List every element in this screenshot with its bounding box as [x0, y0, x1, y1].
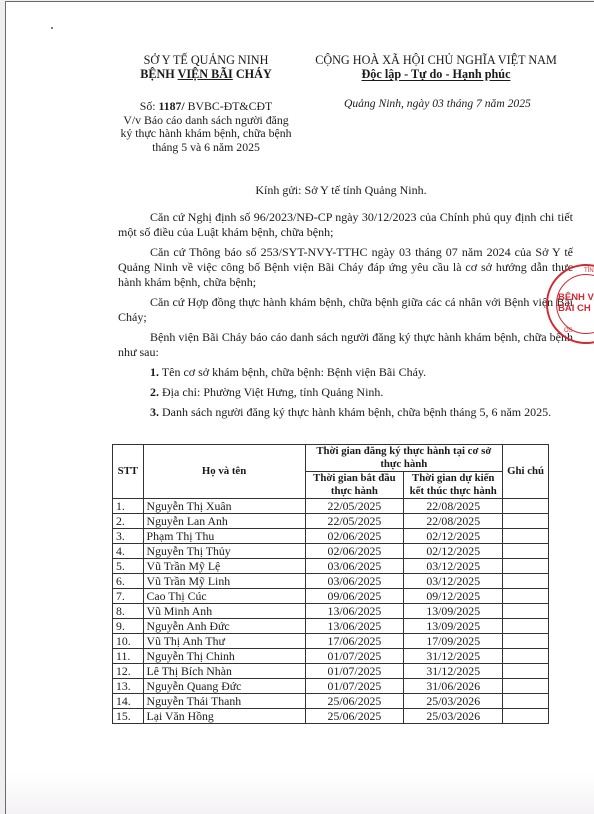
- item-number: 2.: [150, 385, 159, 399]
- item-number: 1.: [150, 365, 159, 379]
- item-text: Địa chỉ: Phường Việt Hưng, tỉnh Quảng Ni…: [159, 385, 383, 399]
- cell-end: 17/09/2025: [404, 634, 503, 649]
- table-row: 6.Vũ Trần Mỹ Linh03/06/202503/12/2025: [113, 574, 549, 589]
- col-header-stt: STT: [113, 445, 144, 499]
- doc-code: BVBC-ĐT&CĐT: [185, 99, 273, 113]
- paragraph-notice: Căn cứ Thông báo số 253/SYT-NVY-TTHC ngà…: [118, 245, 573, 290]
- cell-stt: 2.: [113, 514, 144, 529]
- cell-end: 31/12/2025: [404, 649, 503, 664]
- item-list-title: 3. Danh sách người đăng ký thực hành khá…: [118, 405, 573, 420]
- cell-name: Nguyễn Lan Anh: [143, 514, 305, 529]
- table-row: 4.Nguyễn Thị Thủy02/06/202502/12/2025: [113, 544, 549, 559]
- cell-stt: 14.: [113, 694, 144, 709]
- cell-end: 02/12/2025: [404, 544, 503, 559]
- cell-start: 17/06/2025: [305, 634, 404, 649]
- cell-end: 31/06/2026: [404, 679, 503, 694]
- cell-stt: 12.: [113, 664, 144, 679]
- item-address: 2. Địa chỉ: Phường Việt Hưng, tỉnh Quảng…: [118, 385, 573, 400]
- hospital-name-underlined: VIỆN BÃI: [178, 67, 233, 81]
- document-page: SỞ Y TẾ QUẢNG NINH BỆNH VIỆN BÃI CHÁY Số…: [5, 1, 594, 814]
- cell-stt: 5.: [113, 559, 144, 574]
- cell-stt: 11.: [113, 649, 144, 664]
- cell-end: 13/09/2025: [404, 604, 503, 619]
- col-header-start: Thời gian bắt đầu thực hành: [305, 472, 404, 499]
- cell-note: [503, 709, 549, 724]
- cell-stt: 9.: [113, 619, 144, 634]
- cell-note: [503, 694, 549, 709]
- cell-start: 13/06/2025: [305, 604, 404, 619]
- cell-start: 01/07/2025: [305, 664, 404, 679]
- national-motto: Độc lập - Tự do - Hạnh phúc: [362, 67, 511, 81]
- paragraph-report-intro: Bệnh viện Bãi Cháy báo cáo danh sách ngư…: [118, 330, 573, 360]
- cell-note: [503, 544, 549, 559]
- cell-end: 03/12/2025: [404, 574, 503, 589]
- cell-end: 22/08/2025: [404, 499, 503, 514]
- doc-number-line: Số: 1187/ BVBC-ĐT&CĐT: [106, 100, 306, 114]
- cell-note: [503, 559, 549, 574]
- recipient-line: Kính gửi: Sở Y tế tỉnh Quảng Ninh.: [106, 183, 576, 198]
- cell-note: [503, 574, 549, 589]
- cell-start: 13/06/2025: [305, 619, 404, 634]
- cell-start: 09/06/2025: [305, 589, 404, 604]
- scan-speck: [51, 27, 53, 29]
- cell-note: [503, 634, 549, 649]
- cell-stt: 1.: [113, 499, 144, 514]
- cell-note: [503, 499, 549, 514]
- stamp-top-text: TỈNH: [584, 268, 594, 274]
- cell-name: Vũ Trần Mỹ Linh: [143, 574, 305, 589]
- doc-number: 1187/: [158, 99, 184, 113]
- cell-end: 25/03/2026: [404, 694, 503, 709]
- cell-note: [503, 514, 549, 529]
- table-row: 7.Cao Thị Cúc09/06/202509/12/2025: [113, 589, 549, 604]
- cell-note: [503, 604, 549, 619]
- cell-start: 25/06/2025: [305, 709, 404, 724]
- table-row: 14.Nguyễn Thái Thanh25/06/202525/03/2026: [113, 694, 549, 709]
- item-text: Tên cơ sở khám bệnh, chữa bệnh: Bệnh việ…: [159, 365, 426, 379]
- cell-stt: 3.: [113, 529, 144, 544]
- cell-name: Lại Văn Hồng: [143, 709, 305, 724]
- nation-name: CỘNG HOÀ XÃ HỘI CHỦ NGHĨA VIỆT NAM: [276, 53, 594, 67]
- stamp-line-2: BÃI CH: [558, 303, 594, 314]
- stamp-main-text: BỆNH V BÃI CH: [558, 292, 594, 314]
- stamp-line-1: BỆNH V: [558, 292, 594, 303]
- cell-start: 02/06/2025: [305, 544, 404, 559]
- cell-stt: 8.: [113, 604, 144, 619]
- cell-name: Nguyễn Thị Chinh: [143, 649, 305, 664]
- cell-start: 01/07/2025: [305, 679, 404, 694]
- cell-note: [503, 649, 549, 664]
- hospital-name-prefix: BỆNH: [140, 67, 177, 81]
- document-reference: Số: 1187/ BVBC-ĐT&CĐT V/v Báo cáo danh s…: [106, 100, 306, 154]
- cell-stt: 7.: [113, 589, 144, 604]
- subject-line-3: tháng 5 và 6 năm 2025: [106, 141, 306, 155]
- cell-end: 13/09/2025: [404, 619, 503, 634]
- cell-start: 22/05/2025: [305, 499, 404, 514]
- cell-name: Vũ Trần Mỹ Lệ: [143, 559, 305, 574]
- table-row: 13.Nguyễn Quang Đức01/07/202531/06/2026: [113, 679, 549, 694]
- table-row: 5.Vũ Trần Mỹ Lệ03/06/202503/12/2025: [113, 559, 549, 574]
- subject-line-2: ký thực hành khám bệnh, chữa bệnh: [106, 127, 306, 141]
- col-header-end: Thời gian dự kiến kết thúc thực hành: [404, 472, 503, 499]
- cell-end: 31/12/2025: [404, 664, 503, 679]
- cell-name: Cao Thị Cúc: [143, 589, 305, 604]
- cell-note: [503, 529, 549, 544]
- paragraph-decree: Căn cứ Nghị định số 96/2023/NĐ-CP ngày 3…: [118, 210, 573, 240]
- cell-stt: 15.: [113, 709, 144, 724]
- cell-name: Nguyễn Anh Đức: [143, 619, 305, 634]
- col-header-name: Họ và tên: [143, 445, 305, 499]
- cell-end: 09/12/2025: [404, 589, 503, 604]
- place-date: Quảng Ninh, ngày 03 tháng 7 năm 2025: [344, 97, 584, 110]
- paragraph-contract: Căn cứ Hợp đồng thực hành khám bệnh, chữ…: [118, 295, 573, 325]
- cell-stt: 13.: [113, 679, 144, 694]
- body-paragraphs: Căn cứ Nghị định số 96/2023/NĐ-CP ngày 3…: [118, 210, 573, 420]
- table-row: 1.Nguyễn Thị Xuân22/05/202522/08/2025: [113, 499, 549, 514]
- national-header: CỘNG HOÀ XÃ HỘI CHỦ NGHĨA VIỆT NAM Độc l…: [276, 53, 594, 81]
- table-row: 8.Vũ Minh Anh13/06/202513/09/2025: [113, 604, 549, 619]
- table-row: 11.Nguyễn Thị Chinh01/07/202531/12/2025: [113, 649, 549, 664]
- doc-number-label: Số:: [140, 99, 159, 113]
- cell-stt: 4.: [113, 544, 144, 559]
- table-row: 2.Nguyễn Lan Anh22/05/202522/08/2025: [113, 514, 549, 529]
- table-row: 15.Lại Văn Hồng25/06/202525/03/2026: [113, 709, 549, 724]
- cell-note: [503, 664, 549, 679]
- cell-start: 03/06/2025: [305, 574, 404, 589]
- item-text: Danh sách người đăng ký thực hành khám b…: [159, 405, 551, 419]
- cell-name: Vũ Minh Anh: [143, 604, 305, 619]
- table-row: 10.Vũ Thị Anh Thư17/06/202517/09/2025: [113, 634, 549, 649]
- item-facility: 1. Tên cơ sở khám bệnh, chữa bệnh: Bệnh …: [118, 365, 573, 380]
- cell-start: 25/06/2025: [305, 694, 404, 709]
- cell-end: 03/12/2025: [404, 559, 503, 574]
- cell-note: [503, 679, 549, 694]
- cell-end: 02/12/2025: [404, 529, 503, 544]
- cell-note: [503, 589, 549, 604]
- scan-shading: [6, 774, 594, 814]
- cell-name: Nguyễn Thị Xuân: [143, 499, 305, 514]
- cell-stt: 10.: [113, 634, 144, 649]
- cell-start: 02/06/2025: [305, 529, 404, 544]
- cell-name: Lê Thị Bích Nhàn: [143, 664, 305, 679]
- cell-name: Nguyễn Thái Thanh: [143, 694, 305, 709]
- table-row: 3.Phạm Thị Thu02/06/202502/12/2025: [113, 529, 549, 544]
- col-header-note: Ghi chú: [503, 445, 549, 499]
- cell-start: 22/05/2025: [305, 514, 404, 529]
- stamp-bottom-text: OS: [564, 328, 573, 334]
- cell-name: Nguyễn Quang Đức: [143, 679, 305, 694]
- cell-name: Nguyễn Thị Thủy: [143, 544, 305, 559]
- cell-end: 25/03/2026: [404, 709, 503, 724]
- table-row: 12.Lê Thị Bích Nhàn01/07/202531/12/2025: [113, 664, 549, 679]
- cell-start: 01/07/2025: [305, 649, 404, 664]
- col-header-period: Thời gian đăng ký thực hành tại cơ sở th…: [305, 445, 503, 472]
- cell-name: Vũ Thị Anh Thư: [143, 634, 305, 649]
- cell-stt: 6.: [113, 574, 144, 589]
- practitioner-table: STT Họ và tên Thời gian đăng ký thực hàn…: [112, 444, 549, 724]
- cell-start: 03/06/2025: [305, 559, 404, 574]
- table-row: 9.Nguyễn Anh Đức13/06/202513/09/2025: [113, 619, 549, 634]
- item-number: 3.: [150, 405, 159, 419]
- subject-line-1: V/v Báo cáo danh sách người đăng: [106, 114, 306, 128]
- cell-note: [503, 619, 549, 634]
- hospital-name-suffix: CHÁY: [233, 67, 272, 81]
- cell-name: Phạm Thị Thu: [143, 529, 305, 544]
- cell-end: 22/08/2025: [404, 514, 503, 529]
